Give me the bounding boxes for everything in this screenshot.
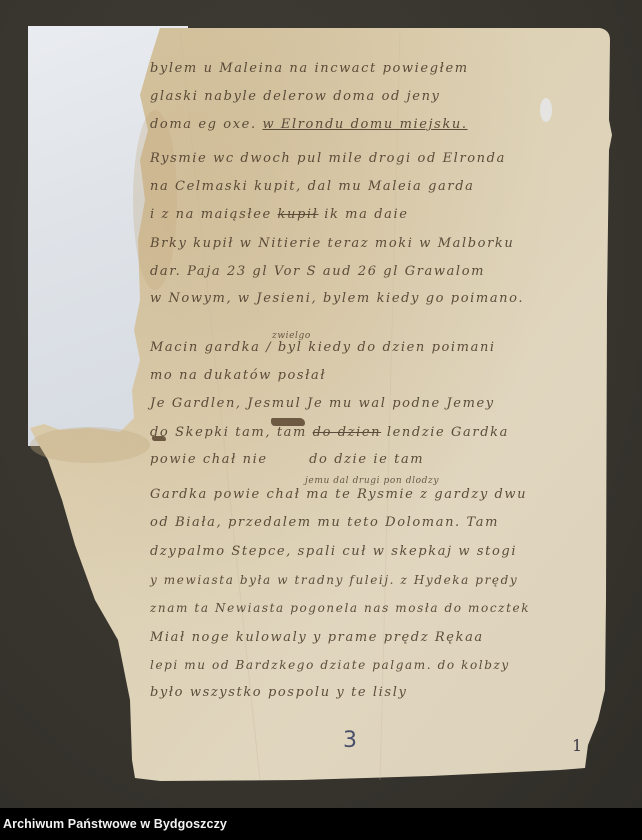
manuscript-line: znam ta Newiasta pogonela nas mosła do m… xyxy=(150,601,530,615)
line-text: i z na maiąsłee xyxy=(150,207,272,222)
interlinear-insertion: jemu dal drugi pon dlodzy xyxy=(305,476,439,486)
manuscript-page: bylem u Maleina na incwact powiegłem gla… xyxy=(0,0,642,808)
manuscript-line: Brky kupił w Nitierie teraz moki w Malbo… xyxy=(150,236,514,251)
manuscript-line: i z na maiąsłee kupił ik ma daie xyxy=(150,207,409,222)
line-text: powie chał nie xyxy=(150,452,268,467)
line-text: do dzie ie tam xyxy=(309,452,424,467)
manuscript-line: mo na dukatów posłał xyxy=(150,368,326,383)
manuscript-line: y mewiasta była w tradny fuleij. z Hydek… xyxy=(150,573,518,587)
manuscript-line: Rysmie wc dwoch pul mile drogi od Elrond… xyxy=(150,151,506,166)
line-text: lendzie Gardka xyxy=(387,425,509,440)
manuscript-line: Miał noge kulowaly y prame prędz Rękaa xyxy=(150,630,484,645)
manuscript-line: na Celmaski kupit, dal mu Maleia garda xyxy=(150,179,475,194)
line-text: do Skepki tam, tam xyxy=(150,425,307,440)
manuscript-line: glaski nabyle delerow doma od jeny xyxy=(150,89,441,104)
scan-background: bylem u Maleina na incwact powiegłem gla… xyxy=(0,0,642,808)
manuscript-line: Macin gardka / byl kiedy do dzien poiman… xyxy=(150,340,496,355)
manuscript-line: Je Gardlen, Jesmul Je mu wal podne Jemey xyxy=(150,396,495,411)
underlined-phrase: w Elrondu domu miejsku. xyxy=(262,117,467,132)
folio-number: 3 xyxy=(343,728,357,753)
manuscript-line: było wszystko pospolu y te lisly xyxy=(150,685,407,700)
manuscript-line: bylem u Maleina na incwact powiegłem xyxy=(150,61,469,76)
manuscript-line: powie chał nie do dzie ie tam xyxy=(150,452,424,467)
manuscript-line: od Biała, przedalem mu teto Doloman. Tam xyxy=(150,515,499,530)
manuscript-line: w Nowym, w Jesieni, bylem kiedy go poima… xyxy=(150,291,524,306)
archive-caption-bar: Archiwum Państwowe w Bydgoszczy xyxy=(0,808,642,840)
line-text: ik ma daie xyxy=(324,207,408,222)
manuscript-line: doma eg oxe. w Elrondu domu miejsku. xyxy=(150,117,468,132)
manuscript-line: dar. Paja 23 gl Vor S aud 26 gl Grawalom xyxy=(150,264,485,279)
struck-word: do dzien xyxy=(313,425,381,440)
line-text: doma eg oxe. xyxy=(150,117,257,132)
struck-word: kupił xyxy=(278,207,319,222)
archive-caption: Archiwum Państwowe w Bydgoszczy xyxy=(0,817,227,831)
margin-mark: 1 xyxy=(572,736,582,755)
manuscript-line: lepi mu od Bardzkego dziate palgam. do k… xyxy=(150,658,510,672)
manuscript-line: Gardka powie chał ma te Rysmie z gardzy … xyxy=(150,487,527,502)
manuscript-line: do Skepki tam, tam do dzien lendzie Gard… xyxy=(150,425,509,440)
manuscript-line: dzypalmo Stepce, spali cuł w skepkaj w s… xyxy=(150,544,517,559)
